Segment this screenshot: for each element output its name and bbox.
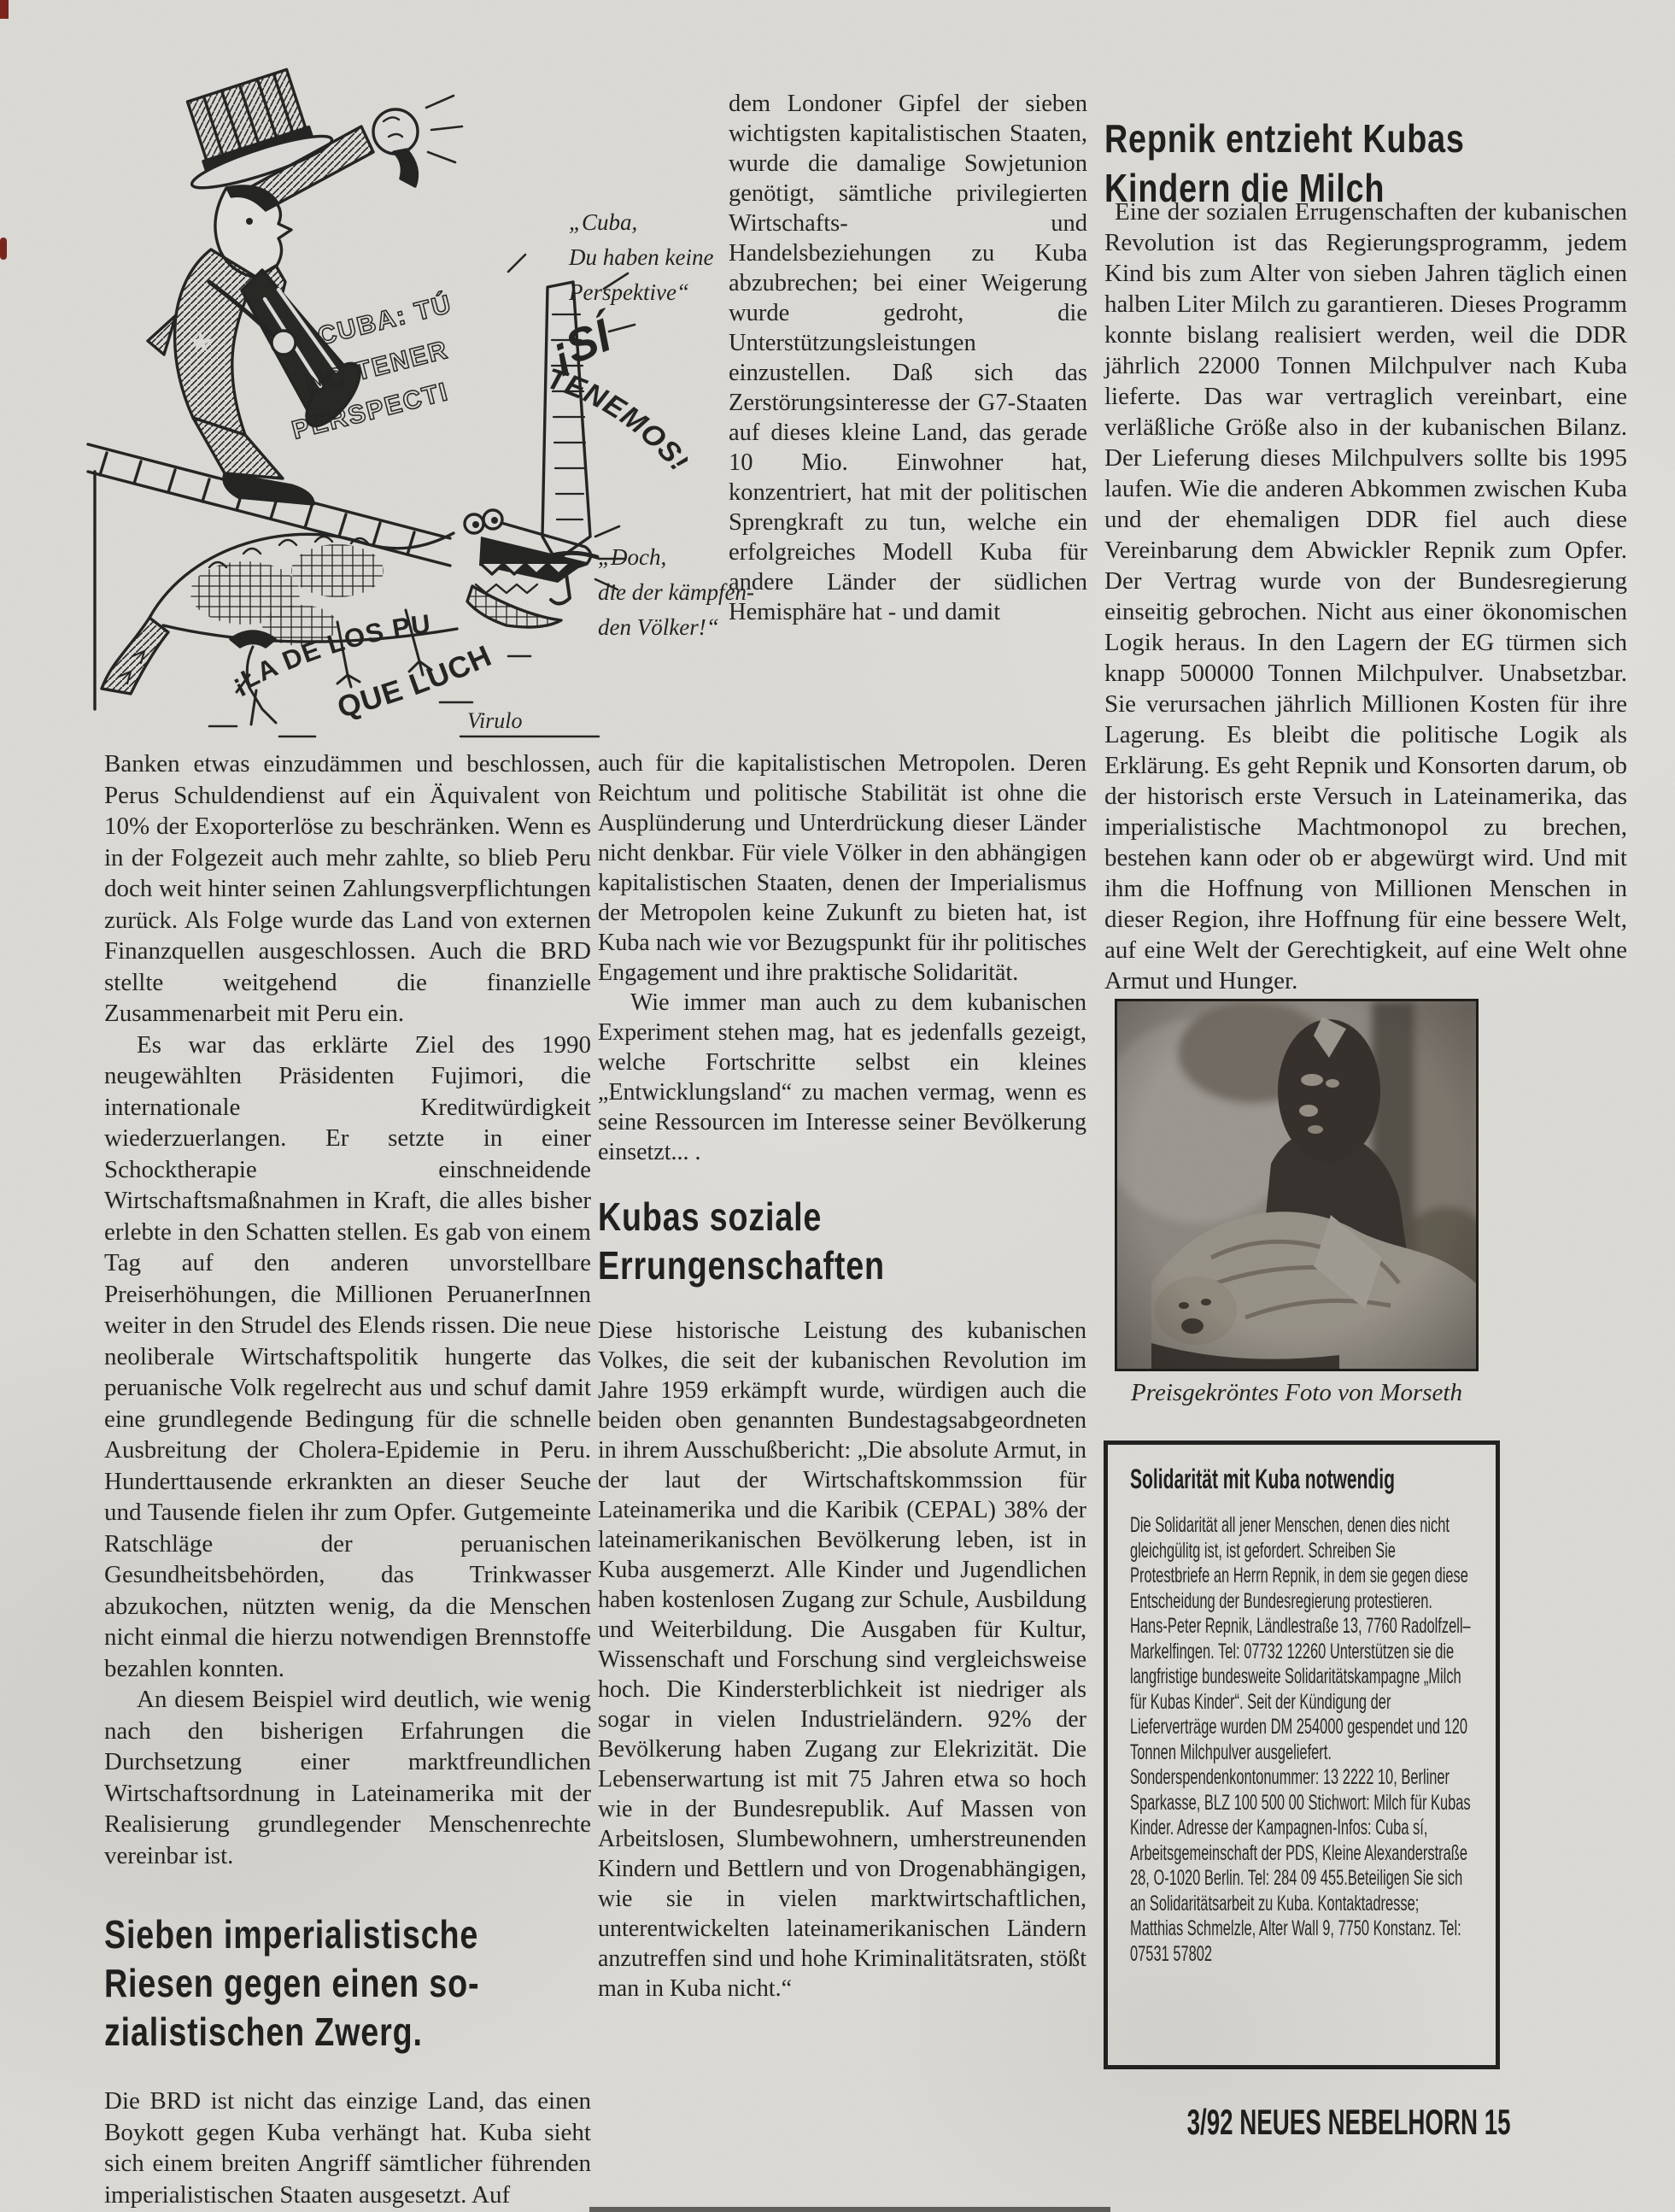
scan-artifact-left xyxy=(0,238,7,260)
newspaper-page: Virulo CUBA: TÚ NO TENER PERSPECTIVA ¡SÍ… xyxy=(0,0,1675,2212)
left-article-headline: Sieben imperialistische Riesen gegen ein… xyxy=(104,1910,503,2057)
left-paragraph-3: An diesem Beispiel wird deutlich, wie we… xyxy=(104,1684,591,1871)
photo-caption: Preisgekröntes Foto von Morseth xyxy=(1110,1379,1483,1407)
cartoon-lettering: CUBA: TÚ NO TENER PERSPECTIVA ¡SÍ TENEMO… xyxy=(81,58,688,725)
info-box-title: Solidarität mit Kuba notwendig xyxy=(1130,1462,1473,1496)
middle-column: auch für die kapitalistischen Metropolen… xyxy=(598,748,1086,2004)
left-paragraph-1: Banken etwas einzudämmen und beschlossen… xyxy=(104,748,591,1030)
motion-lines xyxy=(426,96,462,162)
info-box-body: Die Solidarität all jener Menschen, dene… xyxy=(1130,1513,1473,1967)
scan-edge-mark xyxy=(589,2207,1110,2212)
thumb-down-icon xyxy=(394,150,417,186)
scan-artifact-top xyxy=(0,0,9,19)
middle-paragraph-3: Diese historische Leistung des kubanisch… xyxy=(598,1316,1086,2004)
political-cartoon: Virulo CUBA: TÚ NO TENER PERSPECTIVA ¡SÍ… xyxy=(81,58,688,803)
left-paragraph-4: Die BRD ist nicht das einzige Land, das … xyxy=(104,2086,591,2210)
solidarity-info-box: Solidarität mit Kuba notwendig Die Solid… xyxy=(1104,1440,1500,2069)
article-photo xyxy=(1117,1001,1476,1369)
middle-article-headline: Kubas soziale Errungenschaften xyxy=(598,1193,999,1290)
photo-woman-with-baby xyxy=(1117,1001,1476,1369)
middle-paragraph-2: Wie immer man auch zu dem kubanischen Ex… xyxy=(598,988,1086,1167)
intro-column-text: dem Londoner Gipfel der sieben wichtigst… xyxy=(729,89,1087,627)
footer-text: 3/92 NEUES NEBELHORN 15 xyxy=(1187,2102,1511,2143)
right-article-body: Eine der sozialen Errugenschaften der ku… xyxy=(1104,197,1627,996)
middle-paragraph-1: auch für die kapitalistischen Metropolen… xyxy=(598,748,1086,988)
cartoonist-signature: Virulo xyxy=(460,708,599,736)
left-column: Banken etwas einzudämmen und beschlossen… xyxy=(104,748,591,2210)
left-paragraph-2: Es war das erklärte Ziel des 1990 neugew… xyxy=(104,1030,591,1685)
page-footer: 3/92 NEUES NEBELHORN 15 xyxy=(1104,2102,1500,2143)
signature-text: Virulo xyxy=(467,708,523,733)
